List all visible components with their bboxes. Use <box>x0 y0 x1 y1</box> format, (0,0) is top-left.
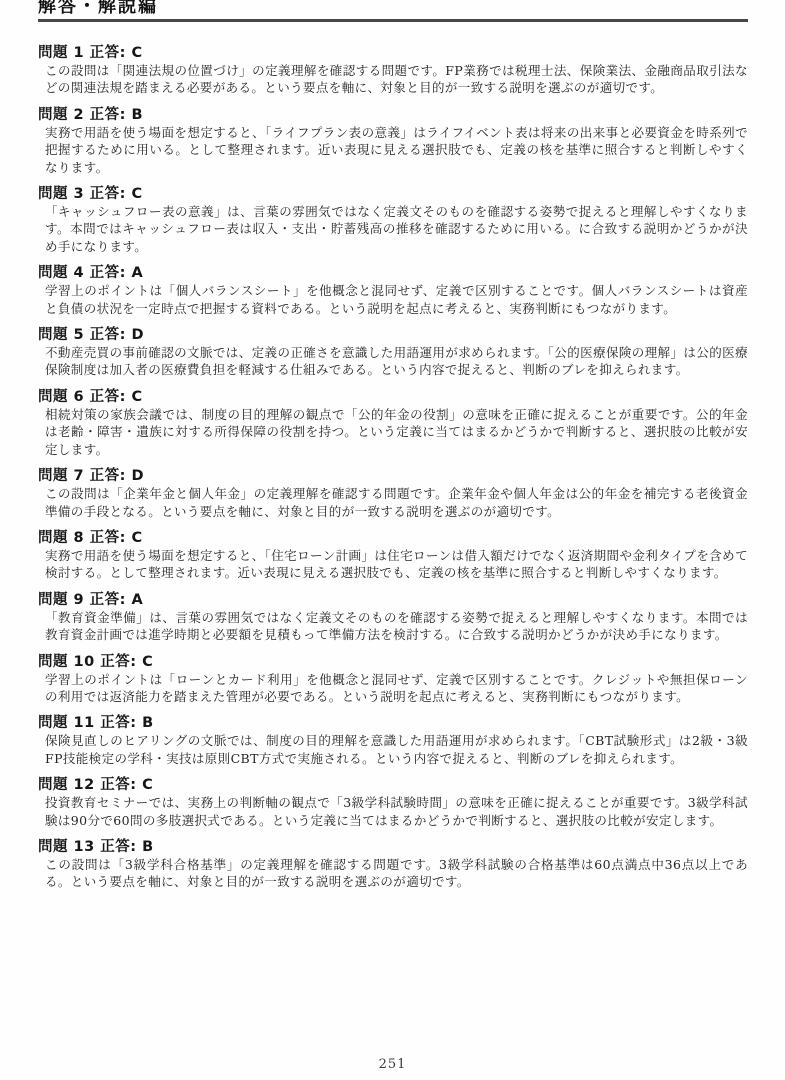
problem-body: 投資教育セミナーでは、実務上の判断軸の観点で「3級学科試験時間」の意味を正確に捉… <box>38 794 748 829</box>
problem-heading: 問題 9 正答: A <box>38 593 748 608</box>
problem-block: 問題 11 正答: B 保険見直しのヒアリングの文脈では、制度の目的理解を意識し… <box>38 716 748 767</box>
problem-heading: 問題 4 正答: A <box>38 266 748 281</box>
problem-block: 問題 10 正答: C 学習上のポイントは「ローンとカード利用」を他概念と混同せ… <box>38 655 748 706</box>
problem-block: 問題 4 正答: A 学習上のポイントは「個人バランスシート」を他概念と混同せず… <box>38 266 748 317</box>
problem-body: 学習上のポイントは「個人バランスシート」を他概念と混同せず、定義で区別することで… <box>38 282 748 317</box>
problem-heading: 問題 1 正答: C <box>38 46 748 61</box>
problem-body: 不動産売買の事前確認の文脈では、定義の正確さを意識した用語運用が求められます。「… <box>38 344 748 379</box>
problem-heading: 問題 13 正答: B <box>38 840 748 855</box>
problem-body: 実務で用語を使う場面を想定すると、「ライフプラン表の意義」はライフイベント表は将… <box>38 124 748 176</box>
problem-body: 実務で用語を使う場面を想定すると、「住宅ローン計画」は住宅ローンは借入額だけでな… <box>38 547 748 582</box>
problem-heading: 問題 6 正答: C <box>38 390 748 405</box>
problem-block: 問題 7 正答: D この設問は「企業年金と個人年金」の定義理解を確認する問題で… <box>38 469 748 520</box>
problem-block: 問題 9 正答: A 「教育資金準備」は、言葉の雰囲気ではなく定義文そのものを確… <box>38 593 748 644</box>
page-header: 解答・解説編 <box>38 0 748 22</box>
problem-body: 相続対策の家族会議では、制度の目的理解の観点で「公的年金の役割」の意味を正確に捉… <box>38 406 748 458</box>
problem-block: 問題 5 正答: D 不動産売買の事前確認の文脈では、定義の正確さを意識した用語… <box>38 328 748 379</box>
problem-body: 保険見直しのヒアリングの文脈では、制度の目的理解を意識した用語運用が求められます… <box>38 732 748 767</box>
problem-body: 「教育資金準備」は、言葉の雰囲気ではなく定義文そのものを確認する姿勢で捉えると理… <box>38 609 748 644</box>
problem-block: 問題 3 正答: C 「キャッシュフロー表の意義」は、言葉の雰囲気ではなく定義文… <box>38 187 748 255</box>
problem-heading: 問題 8 正答: C <box>38 531 748 546</box>
document-page: 解答・解説編 問題 1 正答: C この設問は「関連法規の位置づけ」の定義理解を… <box>0 0 785 1080</box>
problem-block: 問題 2 正答: B 実務で用語を使う場面を想定すると、「ライフプラン表の意義」… <box>38 108 748 176</box>
problem-block: 問題 1 正答: C この設問は「関連法規の位置づけ」の定義理解を確認する問題で… <box>38 46 748 97</box>
problem-heading: 問題 12 正答: C <box>38 778 748 793</box>
problem-body: この設問は「企業年金と個人年金」の定義理解を確認する問題です。企業年金や個人年金… <box>38 485 748 520</box>
problem-heading: 問題 3 正答: C <box>38 187 748 202</box>
problem-heading: 問題 5 正答: D <box>38 328 748 343</box>
problem-body: この設問は「関連法規の位置づけ」の定義理解を確認する問題です。FP業務では税理士… <box>38 62 748 97</box>
problems-list: 問題 1 正答: C この設問は「関連法規の位置づけ」の定義理解を確認する問題で… <box>38 22 748 891</box>
problem-block: 問題 6 正答: C 相続対策の家族会議では、制度の目的理解の観点で「公的年金の… <box>38 390 748 458</box>
problem-heading: 問題 10 正答: C <box>38 655 748 670</box>
problem-heading: 問題 11 正答: B <box>38 716 748 731</box>
problem-body: この設問は「3級学科合格基準」の定義理解を確認する問題です。3級学科試験の合格基… <box>38 856 748 891</box>
problem-body: 「キャッシュフロー表の意義」は、言葉の雰囲気ではなく定義文そのものを確認する姿勢… <box>38 203 748 255</box>
problem-block: 問題 8 正答: C 実務で用語を使う場面を想定すると、「住宅ローン計画」は住宅… <box>38 531 748 582</box>
problem-body: 学習上のポイントは「ローンとカード利用」を他概念と混同せず、定義で区別することで… <box>38 671 748 706</box>
page-number: 251 <box>0 1057 785 1072</box>
problem-block: 問題 13 正答: B この設問は「3級学科合格基準」の定義理解を確認する問題で… <box>38 840 748 891</box>
problem-heading: 問題 2 正答: B <box>38 108 748 123</box>
page-title: 解答・解説編 <box>38 0 748 17</box>
problem-heading: 問題 7 正答: D <box>38 469 748 484</box>
problem-block: 問題 12 正答: C 投資教育セミナーでは、実務上の判断軸の観点で「3級学科試… <box>38 778 748 829</box>
